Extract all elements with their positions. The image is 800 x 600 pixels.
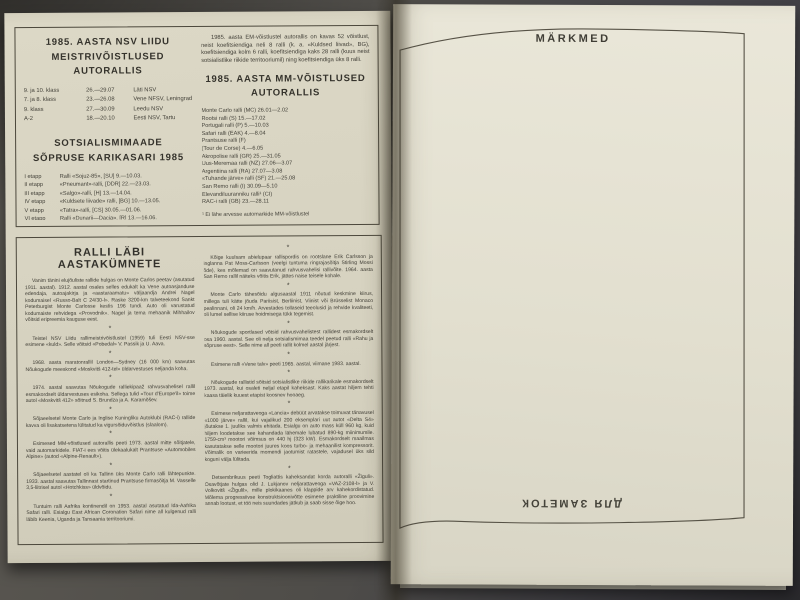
stage-label: III etapp <box>24 190 59 199</box>
stage-event: Ralli «Dunarii—Dacia», [R] 13.—16.06. <box>60 214 193 220</box>
decades-paragraph: Nõukogude sportlased võtsid rahvusvaheli… <box>204 329 374 350</box>
championship-table: 9. ja 10. klass 26.—29.07 Läti NSV 7. ja… <box>24 86 193 124</box>
wrc-event-list: Monte Carlo ralli (MC) 26.01—2.02 Rootsi… <box>201 107 370 207</box>
class-cell: 7. ja 8. klass <box>24 96 86 106</box>
decades-paragraph: Detsembrikuus peeti Togliattis kaheksand… <box>205 474 375 508</box>
paragraph-separator: * <box>26 431 196 438</box>
decades-paragraph: Esimese neljarattaveoga «Lancia» debüüt … <box>204 410 374 464</box>
calendar-right-column: 1985. aasta EM-võistlustel autorallis on… <box>201 32 371 219</box>
decades-left-column: RALLI LÄBI AASTAKÜMNETE Vanim tänini elu… <box>25 243 196 538</box>
paragraph-separator: * <box>204 401 374 408</box>
decades-paragraph: Sõjaeelsetel Monte Carlo ja Inglise Kuni… <box>26 415 196 429</box>
list-item: VI etapp Ralli «Dunarii—Dacia», [R] 13.—… <box>25 214 194 220</box>
class-cell: 9. ja 10. klass <box>24 87 86 97</box>
wrc-title-line2: AUTORALLIS <box>201 86 370 102</box>
stage-label: VI etapp <box>25 215 60 220</box>
paragraph-separator: * <box>205 465 375 472</box>
decades-paragraph: Sõjaeelsetel aastatel oli ka Tallinn üks… <box>26 471 196 492</box>
stage-label: I etapp <box>24 173 59 182</box>
decades-title: RALLI LÄBI AASTAKÜMNETE <box>25 246 195 271</box>
date-cell: 26.—29.07 <box>86 87 133 97</box>
wrc-title-line1: 1985. AASTA MM-VÕISTLUSED <box>201 72 370 88</box>
list-item: RAC-i ralli (GB) 23.—28.11 <box>202 198 371 207</box>
championship-title: 1985. AASTA NSV LIIDU MEISTRIVÕISTLUSED … <box>23 35 192 80</box>
cup-title: SOTSIALISMIMAADE SÕPRUSE KARIKASARI 1985 <box>24 136 193 166</box>
inverted-russian-heading: ДЛЯ ЗАМЕТОК <box>503 497 639 510</box>
class-cell: A-2 <box>24 115 86 125</box>
paragraph-separator: * <box>26 375 196 382</box>
table-row: A-2 18.—20.10 Eesti NSV, Tartu <box>24 114 193 124</box>
wrc-title: 1985. AASTA MM-VÕISTLUSED AUTORALLIS <box>201 72 370 102</box>
paragraph-separator: * <box>25 351 195 358</box>
decades-paragraph: Teistel NSV Liidu rallimeistrivõistluste… <box>25 335 195 349</box>
decades-paragraph: Tuntuim ralli Aafrika kontinendil on 195… <box>26 503 196 524</box>
stage-label: IV etapp <box>24 198 59 207</box>
decades-paragraph: Monte Carlo tähesõidu algusaastal 1911 n… <box>204 291 374 318</box>
championship-title-line1: 1985. AASTA NSV LIIDU <box>23 35 192 51</box>
decades-paragraph: Vanim tänini elujõuliste rallide hulgas … <box>25 277 195 324</box>
decades-right-column: * Kõige kuulsam abielupaar rallispordis … <box>203 242 374 537</box>
decades-paragraph: 1968. aasta maratonrallil London—Sydney … <box>25 359 195 373</box>
decades-paragraph: 1974. aastal saavutas Nõukogude rallieki… <box>26 384 196 405</box>
date-cell: 27.—30.09 <box>86 105 133 115</box>
calendar-box: 1985. AASTA NSV LIIDU MEISTRIVÕISTLUSED … <box>14 25 379 227</box>
notes-heading: MÄRKMED <box>393 32 753 46</box>
decades-paragraph: Nõukogude rallistid sõitsid sotsialistli… <box>204 379 374 400</box>
paragraph-separator: * <box>204 321 374 328</box>
stage-label: V etapp <box>25 207 60 216</box>
calendar-left-column: 1985. AASTA NSV LIIDU MEISTRIVÕISTLUSED … <box>23 33 193 220</box>
paragraph-separator: * <box>203 245 373 252</box>
left-page: 1985. AASTA NSV LIIDU MEISTRIVÕISTLUSED … <box>4 11 393 563</box>
paragraph-separator: * <box>25 326 195 333</box>
class-cell: 9. klass <box>24 105 86 115</box>
date-cell: 18.—20.10 <box>86 114 133 124</box>
championship-title-line2: MEISTRIVÕISTLUSED AUTORALLIS <box>24 50 193 80</box>
paragraph-separator: * <box>26 494 196 501</box>
cup-title-line2: SÕPRUSE KARIKASARI 1985 <box>24 151 193 167</box>
decades-paragraph: Kõige kuulsam abielupaar rallispordis on… <box>203 254 373 281</box>
paragraph-separator: * <box>204 370 374 377</box>
stage-label: II etapp <box>24 181 59 190</box>
paragraph-separator: * <box>26 407 196 414</box>
paragraph-separator: * <box>203 283 373 290</box>
paragraph-separator: * <box>204 352 374 359</box>
decades-paragraph: Esimesed MM-võistlused autorallis peeti … <box>26 440 196 461</box>
paragraph-separator: * <box>26 463 196 470</box>
date-cell: 23.—26.08 <box>86 96 133 106</box>
place-cell: Läti NSV <box>133 86 192 96</box>
wrc-footnote: ¹ Ei lähe arvesse automarkide MM-võistlu… <box>202 211 371 218</box>
decades-paragraph: Esimene ralli «Vene talv» peeti 1965. aa… <box>204 360 374 368</box>
cup-title-line1: SOTSIALISMIMAADE <box>24 136 193 152</box>
desk-background: 1985. AASTA NSV LIIDU MEISTRIVÕISTLUSED … <box>0 0 800 600</box>
place-cell: Eesti NSV, Tartu <box>133 114 192 124</box>
place-cell: Leedu NSV <box>133 105 192 115</box>
cup-stage-list: I etapp Ralli «Sojuz-85», [SU] 9.—10.03.… <box>24 172 193 220</box>
decades-box: RALLI LÄBI AASTAKÜMNETE Vanim tänini elu… <box>16 235 384 545</box>
em-note-paragraph: 1985. aasta EM-võistlustel autorallis on… <box>201 34 370 66</box>
place-cell: Vene NFSV, Leningrad <box>133 95 192 105</box>
right-page: MÄRKMED ДЛЯ ЗАМЕТОК <box>391 4 796 586</box>
